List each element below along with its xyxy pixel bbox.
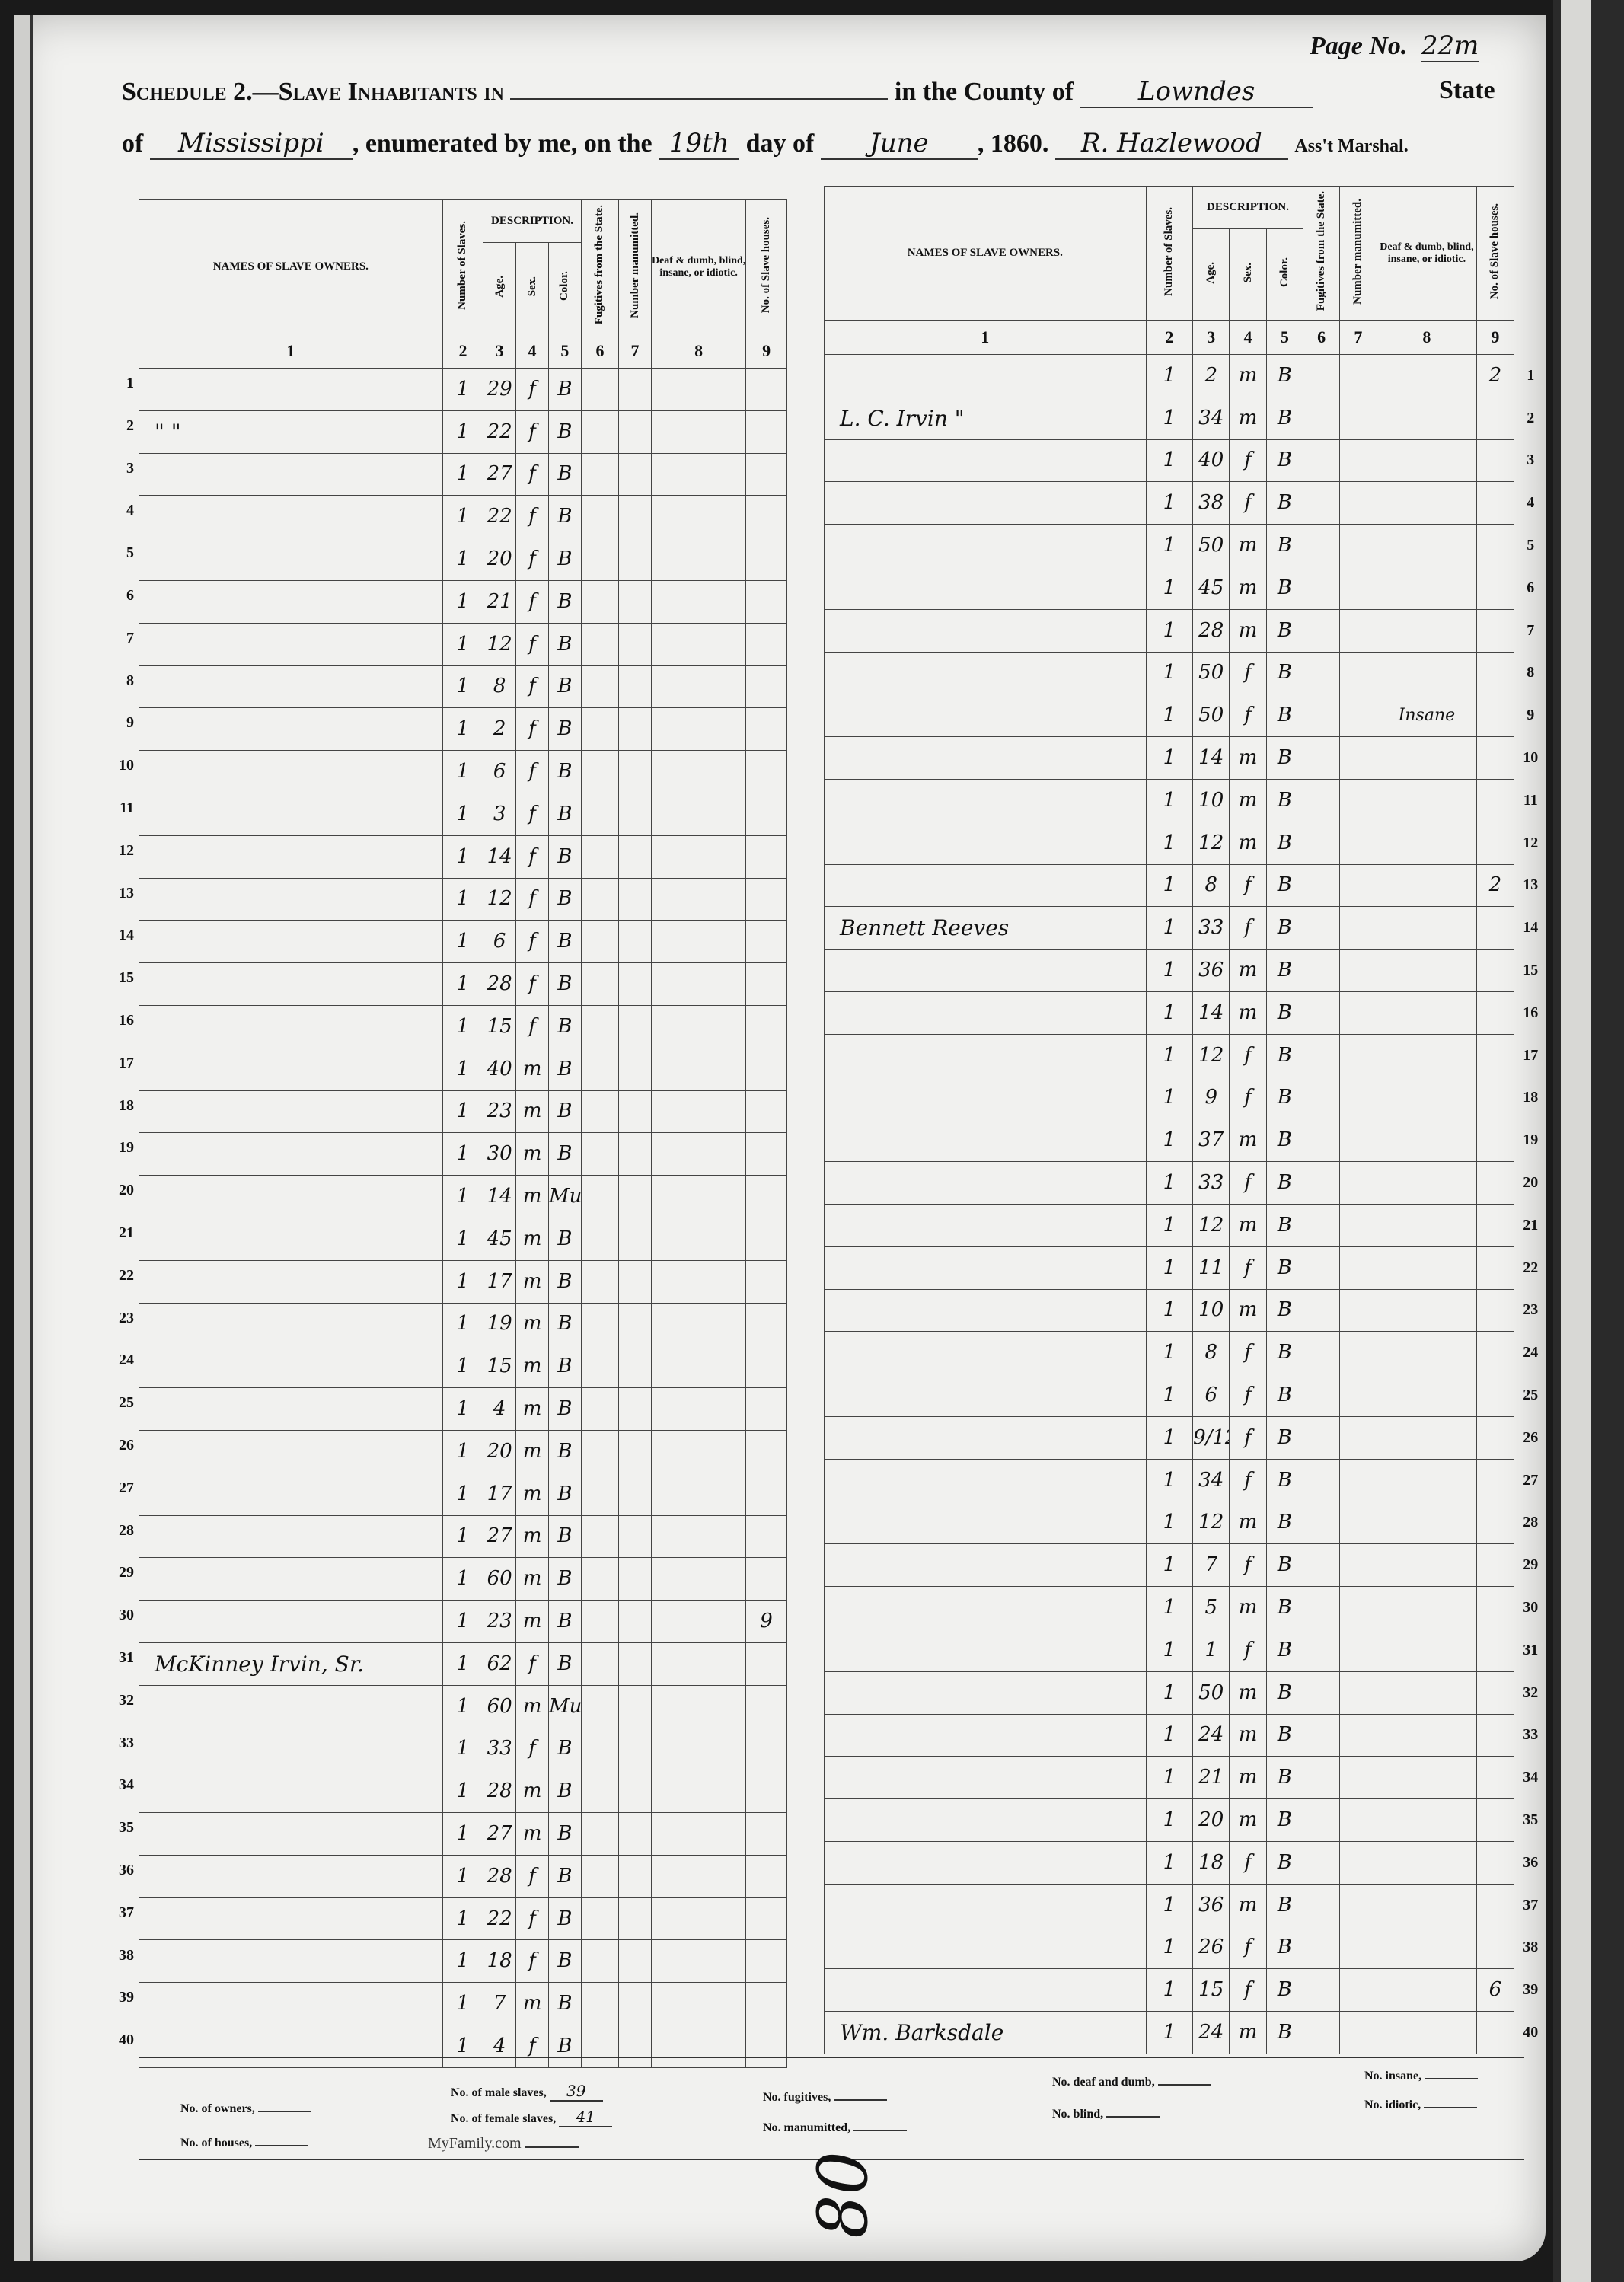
cell-man: [1340, 1926, 1377, 1969]
line-number: 18: [1514, 1077, 1547, 1119]
cell-age: 6: [483, 921, 516, 963]
cell-deaf: [1377, 1799, 1477, 1842]
cell-owner: [825, 1204, 1147, 1246]
cell-owner: [825, 1502, 1147, 1544]
cell-color: B: [1266, 1162, 1303, 1205]
cell-sex: m: [516, 1685, 549, 1728]
line-number: 17: [1514, 1034, 1547, 1077]
table-row: 112mB21: [825, 1204, 1548, 1246]
cell-sex: m: [516, 1983, 549, 2025]
cell-man: [619, 1642, 652, 1685]
line-number: [786, 623, 816, 665]
cell-owner: [139, 835, 443, 878]
line-number: [786, 1388, 816, 1431]
cell-fug: [581, 496, 618, 538]
cell-color: B: [1266, 482, 1303, 525]
idiotic-summary: No. idiotic,: [1364, 2098, 1477, 2112]
day-of-label: day of: [746, 129, 815, 158]
marshal-label: Ass't Marshal.: [1294, 136, 1408, 156]
cell-deaf: [1377, 737, 1477, 780]
cell-color: B: [548, 369, 581, 411]
cell-deaf: [651, 793, 745, 835]
cell-deaf: [651, 1642, 745, 1685]
cell-man: [619, 1855, 652, 1897]
line-number: 8: [107, 672, 134, 690]
cell-houses: [1477, 1077, 1514, 1119]
cell-age: 12: [1193, 1502, 1230, 1544]
table-row: 137mB19: [825, 1119, 1548, 1162]
table-row: 115fB: [139, 1005, 817, 1048]
cell-man: [1340, 1204, 1377, 1246]
cell-color: B: [1266, 1416, 1303, 1459]
cell-man: [1340, 1587, 1377, 1629]
table-row: 110mB11: [825, 779, 1548, 822]
cell-num: 1: [1146, 1799, 1192, 1842]
table-row: 140mB: [139, 1048, 817, 1090]
table-row: 126fB38: [825, 1926, 1548, 1969]
cell-age: 24: [1193, 1714, 1230, 1757]
cell-houses: 2: [1477, 864, 1514, 907]
cell-houses: [1477, 1502, 1514, 1544]
cell-houses: [1477, 2012, 1514, 2054]
cell-age: 21: [483, 580, 516, 623]
cell-color: B: [1266, 1969, 1303, 2012]
cell-num: 1: [1146, 1246, 1192, 1289]
cell-num: 1: [1146, 1204, 1192, 1246]
line-number: 2: [107, 417, 134, 435]
cell-sex: m: [1230, 1119, 1266, 1162]
line-number: 37: [1514, 1884, 1547, 1926]
cell-fug: [1303, 1034, 1339, 1077]
cell-num: 1: [442, 453, 483, 496]
col-houses-header: No. of Slave houses.: [1488, 203, 1501, 299]
cell-fug: [581, 1005, 618, 1048]
table-row: 112fB17: [825, 1034, 1548, 1077]
cell-fug: [1303, 1289, 1339, 1332]
cell-age: 23: [483, 1601, 516, 1643]
line-number: 28: [1514, 1502, 1547, 1544]
cell-houses: [1477, 652, 1514, 694]
cell-deaf: [651, 410, 745, 453]
cell-color: B: [548, 963, 581, 1006]
cell-color: B: [1266, 1246, 1303, 1289]
cell-color: B: [1266, 1587, 1303, 1629]
cell-age: 62: [483, 1642, 516, 1685]
cell-num: 1: [442, 1983, 483, 2025]
cell-owner: [825, 991, 1147, 1034]
cell-sex: f: [516, 1855, 549, 1897]
line-number: [786, 496, 816, 538]
cell-num: 1: [1146, 439, 1192, 482]
cell-fug: [581, 1855, 618, 1897]
table-row: 122fB: [139, 496, 817, 538]
insane-value: [1425, 2078, 1478, 2079]
cell-age: 37: [1193, 1119, 1230, 1162]
cell-houses: [1477, 1841, 1514, 1884]
cell-age: 12: [1193, 1034, 1230, 1077]
cell-houses: [746, 1855, 787, 1897]
cell-deaf: [1377, 397, 1477, 439]
line-number: [786, 1601, 816, 1643]
cell-color: B: [1266, 1374, 1303, 1417]
line-number: 16: [1514, 991, 1547, 1034]
page-summary: No. of owners, No. of houses, No. of mal…: [139, 2057, 1524, 2162]
cell-deaf: Insane: [1377, 694, 1477, 737]
cell-color: B: [548, 665, 581, 708]
cell-owner: [825, 567, 1147, 609]
cell-num: 1: [442, 963, 483, 1006]
cell-houses: [746, 1048, 787, 1090]
line-number: 40: [107, 2031, 134, 2049]
cell-deaf: [1377, 439, 1477, 482]
cell-deaf: [1377, 1969, 1477, 2012]
cell-color: B: [1266, 567, 1303, 609]
cell-owner: [139, 1770, 443, 1813]
cell-houses: [1477, 1714, 1514, 1757]
cell-deaf: [1377, 525, 1477, 567]
cell-sex: m: [1230, 1799, 1266, 1842]
cell-deaf: [651, 1940, 745, 1983]
cell-color: B: [548, 1601, 581, 1643]
cell-owner: [825, 1757, 1147, 1799]
table-row: 128mB: [139, 1770, 817, 1813]
line-number: 28: [107, 1522, 134, 1540]
enumerated-label: , enumerated by me, on the: [353, 129, 652, 158]
table-row: 140fB3: [825, 439, 1548, 482]
cell-houses: [746, 623, 787, 665]
female-value: 41: [559, 2108, 612, 2127]
cell-owner: [825, 439, 1147, 482]
line-number: 13: [107, 885, 134, 902]
line-number: 23: [107, 1310, 134, 1327]
cell-deaf: [1377, 1119, 1477, 1162]
cell-sex: f: [516, 623, 549, 665]
cell-age: 60: [483, 1558, 516, 1601]
cell-man: [1340, 1884, 1377, 1926]
cell-age: 8: [1193, 1332, 1230, 1374]
cell-man: [1340, 1544, 1377, 1587]
cell-houses: [746, 921, 787, 963]
line-number: [786, 751, 816, 793]
cell-age: 22: [483, 496, 516, 538]
cell-houses: [746, 708, 787, 751]
cell-color: Mul: [548, 1685, 581, 1728]
cell-num: 1: [1146, 864, 1192, 907]
cell-houses: [1477, 567, 1514, 609]
cell-man: [1340, 1289, 1377, 1332]
cell-fug: [1303, 1459, 1339, 1502]
cell-fug: [1303, 482, 1339, 525]
cell-num: 1: [1146, 1671, 1192, 1714]
cell-age: 9: [1193, 1077, 1230, 1119]
line-number: 19: [107, 1139, 134, 1157]
cell-man: [1340, 1162, 1377, 1205]
cell-fug: [581, 878, 618, 921]
table-row: 16fB: [139, 751, 817, 793]
cell-sex: m: [516, 1388, 549, 1431]
cell-color: B: [1266, 1884, 1303, 1926]
line-number: 21: [107, 1224, 134, 1242]
line-number: 34: [1514, 1757, 1547, 1799]
cell-man: [619, 1133, 652, 1176]
cell-owner: [825, 1587, 1147, 1629]
cell-owner: [825, 1416, 1147, 1459]
line-number: 38: [107, 1947, 134, 1964]
cell-houses: [746, 751, 787, 793]
cell-houses: [1477, 1374, 1514, 1417]
cell-color: B: [1266, 1544, 1303, 1587]
cell-num: 1: [442, 1897, 483, 1940]
cell-houses: [746, 1770, 787, 1813]
cell-color: B: [548, 1048, 581, 1090]
cell-sex: m: [516, 1048, 549, 1090]
cell-owner: [139, 708, 443, 751]
cell-sex: f: [1230, 1246, 1266, 1289]
cell-num: 1: [1146, 1841, 1192, 1884]
cell-sex: m: [1230, 822, 1266, 864]
cell-man: [619, 1813, 652, 1856]
cell-age: 8: [1193, 864, 1230, 907]
cell-man: [619, 1558, 652, 1601]
cell-color: B: [1266, 1757, 1303, 1799]
line-number: [786, 1642, 816, 1685]
cell-num: 1: [442, 1642, 483, 1685]
cell-num: 1: [442, 1090, 483, 1133]
table-row: 117mB: [139, 1260, 817, 1303]
cell-num: 1: [442, 1388, 483, 1431]
cell-owner: [139, 878, 443, 921]
cell-age: 2: [1193, 355, 1230, 397]
table-row: 12fB: [139, 708, 817, 751]
cell-houses: [746, 1983, 787, 2025]
table-row: 127fB: [139, 453, 817, 496]
cell-sex: m: [1230, 737, 1266, 780]
table-row: 16fB25: [825, 1374, 1548, 1417]
cell-color: B: [548, 453, 581, 496]
cell-color: B: [1266, 907, 1303, 950]
table-row: Wm. Barksdale124mB40: [825, 2012, 1548, 2054]
cell-fug: [581, 1430, 618, 1473]
table-row: 114mB10: [825, 737, 1548, 780]
table-row: 121mB34: [825, 1757, 1548, 1799]
cell-deaf: [1377, 1204, 1477, 1246]
cell-sex: f: [1230, 694, 1266, 737]
line-number: 36: [1514, 1841, 1547, 1884]
male-value: 39: [550, 2082, 603, 2102]
cell-sex: f: [516, 580, 549, 623]
line-number: 36: [107, 1862, 134, 1879]
cell-man: [619, 1473, 652, 1515]
cell-houses: [746, 1558, 787, 1601]
cell-fug: [1303, 1374, 1339, 1417]
cell-owner: McKinney Irvin, Sr.: [139, 1642, 443, 1685]
cell-sex: f: [1230, 1416, 1266, 1459]
cell-houses: 2: [1477, 355, 1514, 397]
line-number: 32: [1514, 1671, 1547, 1714]
cell-deaf: [1377, 907, 1477, 950]
cell-num: 1: [442, 1515, 483, 1558]
cell-owner: " ": [139, 410, 443, 453]
cell-man: [1340, 1246, 1377, 1289]
line-number: 27: [1514, 1459, 1547, 1502]
table-row: 19fB18: [825, 1077, 1548, 1119]
cell-houses: [746, 1813, 787, 1856]
insane-summary: No. insane,: [1364, 2070, 1478, 2083]
cell-color: B: [1266, 1799, 1303, 1842]
table-row: 128fB: [139, 963, 817, 1006]
cell-fug: [1303, 1119, 1339, 1162]
cell-num: 1: [1146, 652, 1192, 694]
line-number: 5: [1514, 525, 1547, 567]
right-schedule-table: NAMES OF SLAVE OWNERS. Number of Slaves.…: [824, 186, 1547, 2054]
cell-color: B: [548, 1005, 581, 1048]
cell-houses: [1477, 1544, 1514, 1587]
cell-color: B: [1266, 1077, 1303, 1119]
cell-age: 5: [1193, 1587, 1230, 1629]
cell-man: [619, 1983, 652, 2025]
cell-num: 1: [1146, 1587, 1192, 1629]
cell-man: [619, 1728, 652, 1770]
cell-houses: [1477, 609, 1514, 652]
cell-num: 1: [1146, 1714, 1192, 1757]
county-field: Lowndes: [1080, 76, 1313, 108]
cell-fug: [1303, 822, 1339, 864]
state-label: State: [1439, 76, 1495, 105]
cell-color: B: [548, 410, 581, 453]
cell-sex: f: [1230, 1332, 1266, 1374]
cell-owner: [139, 1090, 443, 1133]
cell-deaf: [651, 369, 745, 411]
cell-houses: [746, 1345, 787, 1388]
cell-houses: [1477, 1671, 1514, 1714]
houses-summary: No. of houses,: [180, 2137, 308, 2150]
cell-man: [1340, 694, 1377, 737]
cell-houses: [746, 1473, 787, 1515]
cell-owner: [825, 482, 1147, 525]
cell-houses: [1477, 1246, 1514, 1289]
cell-age: 2: [483, 708, 516, 751]
cell-num: 1: [1146, 482, 1192, 525]
blind-value: [1106, 2116, 1160, 2118]
line-number: 5: [107, 544, 134, 562]
cell-sex: m: [1230, 1204, 1266, 1246]
cell-deaf: [651, 1430, 745, 1473]
cell-num: 1: [1146, 397, 1192, 439]
line-number: [786, 1515, 816, 1558]
cell-num: 1: [1146, 609, 1192, 652]
cell-owner: [139, 793, 443, 835]
line-number: 24: [107, 1352, 134, 1369]
cell-deaf: [1377, 2012, 1477, 2054]
cell-sex: f: [516, 835, 549, 878]
cell-man: [619, 1430, 652, 1473]
cell-age: 22: [483, 1897, 516, 1940]
cell-color: B: [548, 1218, 581, 1260]
cell-color: B: [548, 1983, 581, 2025]
cell-sex: f: [1230, 1077, 1266, 1119]
cell-deaf: [1377, 1841, 1477, 1884]
cell-color: B: [548, 793, 581, 835]
col-fugitives-header: Fugitives from the State.: [593, 205, 606, 324]
cell-houses: [746, 793, 787, 835]
cell-deaf: [651, 623, 745, 665]
cell-houses: [1477, 822, 1514, 864]
cell-age: 45: [483, 1218, 516, 1260]
table-row: 18fB24: [825, 1332, 1548, 1374]
cell-owner: [825, 1926, 1147, 1969]
cell-fug: [581, 1897, 618, 1940]
cell-age: 6: [483, 751, 516, 793]
cell-man: [619, 751, 652, 793]
line-number: 37: [107, 1904, 134, 1922]
cell-color: B: [1266, 2012, 1303, 2054]
cell-houses: [746, 1940, 787, 1983]
cell-num: 1: [442, 1601, 483, 1643]
cell-age: 40: [483, 1048, 516, 1090]
cell-color: B: [1266, 737, 1303, 780]
table-row: 150mB5: [825, 525, 1548, 567]
cell-num: 1: [442, 1940, 483, 1983]
cell-owner: [825, 609, 1147, 652]
cell-man: [619, 835, 652, 878]
table-row: 123mB9: [139, 1601, 817, 1643]
cell-deaf: [1377, 991, 1477, 1034]
cell-fug: [581, 623, 618, 665]
cell-fug: [1303, 1246, 1339, 1289]
cell-num: 1: [1146, 822, 1192, 864]
table-row: 11fB31: [825, 1629, 1548, 1671]
line-number: [786, 580, 816, 623]
cell-owner: [139, 921, 443, 963]
cell-man: [619, 963, 652, 1006]
cell-age: 34: [1193, 1459, 1230, 1502]
line-number: [786, 1090, 816, 1133]
cell-age: 14: [483, 835, 516, 878]
line-number: 29: [1514, 1544, 1547, 1587]
cell-age: 50: [1193, 525, 1230, 567]
line-number: 12: [107, 842, 134, 860]
cell-deaf: [651, 878, 745, 921]
cell-owner: [139, 1855, 443, 1897]
cell-houses: [746, 963, 787, 1006]
cell-owner: [139, 496, 443, 538]
cell-num: 1: [1146, 1289, 1192, 1332]
cell-fug: [581, 1813, 618, 1856]
cell-sex: f: [1230, 1374, 1266, 1417]
cell-deaf: [1377, 482, 1477, 525]
cell-deaf: [1377, 1884, 1477, 1926]
cell-age: 28: [483, 963, 516, 1006]
cell-sex: m: [516, 1430, 549, 1473]
cell-owner: [825, 1544, 1147, 1587]
cell-houses: [746, 538, 787, 581]
cell-houses: [1477, 1416, 1514, 1459]
cell-num: 1: [1146, 991, 1192, 1034]
cell-sex: m: [1230, 1714, 1266, 1757]
cell-fug: [581, 1728, 618, 1770]
cell-houses: [1477, 1884, 1514, 1926]
cell-num: 1: [442, 1685, 483, 1728]
cell-sex: f: [516, 878, 549, 921]
table-row: 129fB: [139, 369, 817, 411]
cell-color: B: [548, 1770, 581, 1813]
cell-fug: [581, 793, 618, 835]
cell-deaf: [1377, 1926, 1477, 1969]
line-number: 4: [1514, 482, 1547, 525]
cell-age: 27: [483, 1515, 516, 1558]
line-number: 35: [107, 1819, 134, 1837]
cell-sex: f: [516, 1940, 549, 1983]
